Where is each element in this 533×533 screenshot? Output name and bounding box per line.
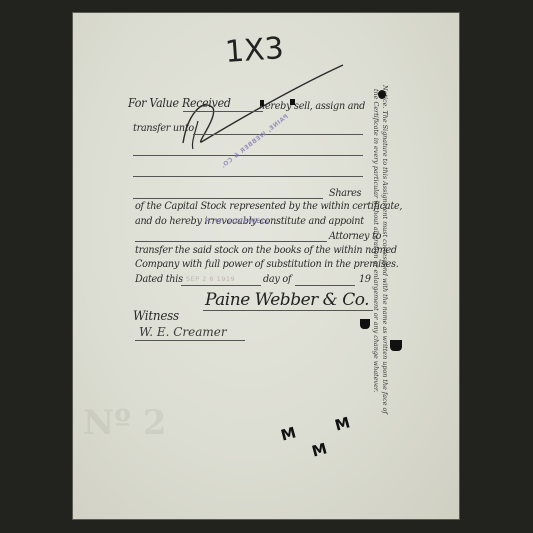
perforation-mark: M <box>333 413 352 434</box>
punch-hole <box>390 340 402 351</box>
punch-hole <box>290 99 295 105</box>
date-stamp: SEP 2 6 1919 <box>186 275 235 283</box>
rule-dated <box>181 285 261 286</box>
rule-line1 <box>183 111 263 112</box>
certificate-paper: Nº 2 1X3 For Value Received hereby sell,… <box>73 13 459 519</box>
transfer-unto-label: transfer unto <box>133 122 194 134</box>
rule-signature <box>203 310 373 311</box>
for-value-received-label: For Value Received <box>128 96 231 110</box>
background-watermark: Nº 2 <box>83 403 167 443</box>
rule-line4 <box>133 176 363 177</box>
perforation-mark: M <box>310 439 329 460</box>
rule-month <box>295 285 355 286</box>
punch-hole <box>360 319 370 329</box>
transfer-line: transfer the said stock on the books of … <box>135 244 397 256</box>
notice-line-b: the Certificate in every particular with… <box>372 89 380 392</box>
assignor-signature: Paine Webber & Co. <box>205 290 369 310</box>
year-prefix: 19 <box>359 273 371 285</box>
attorney-stamp: F. W. LOVEWELL <box>205 217 270 225</box>
sell-assign-label: hereby sell, assign and <box>259 100 365 112</box>
perforation-mark: M <box>279 423 298 444</box>
witness-label: Witness <box>133 309 179 324</box>
rule-attorney <box>135 241 327 242</box>
rule-line2 <box>193 134 363 135</box>
rule-witness <box>135 340 245 341</box>
day-of-label: day of <box>263 273 291 285</box>
witness-signature: W. E. Creamer <box>139 325 227 339</box>
company-line: Company with full power of substitution … <box>135 258 399 270</box>
punch-hole <box>260 100 264 106</box>
rule-shares <box>133 198 323 199</box>
notice-line-a: Notice. The Signature to this Assignment… <box>381 85 389 414</box>
capital-stock-line: of the Capital Stock represented by the … <box>135 200 402 212</box>
shares-label: Shares <box>329 187 361 199</box>
rule-line3 <box>133 155 363 156</box>
dated-label: Dated this <box>135 273 183 285</box>
punch-hole <box>378 90 386 99</box>
